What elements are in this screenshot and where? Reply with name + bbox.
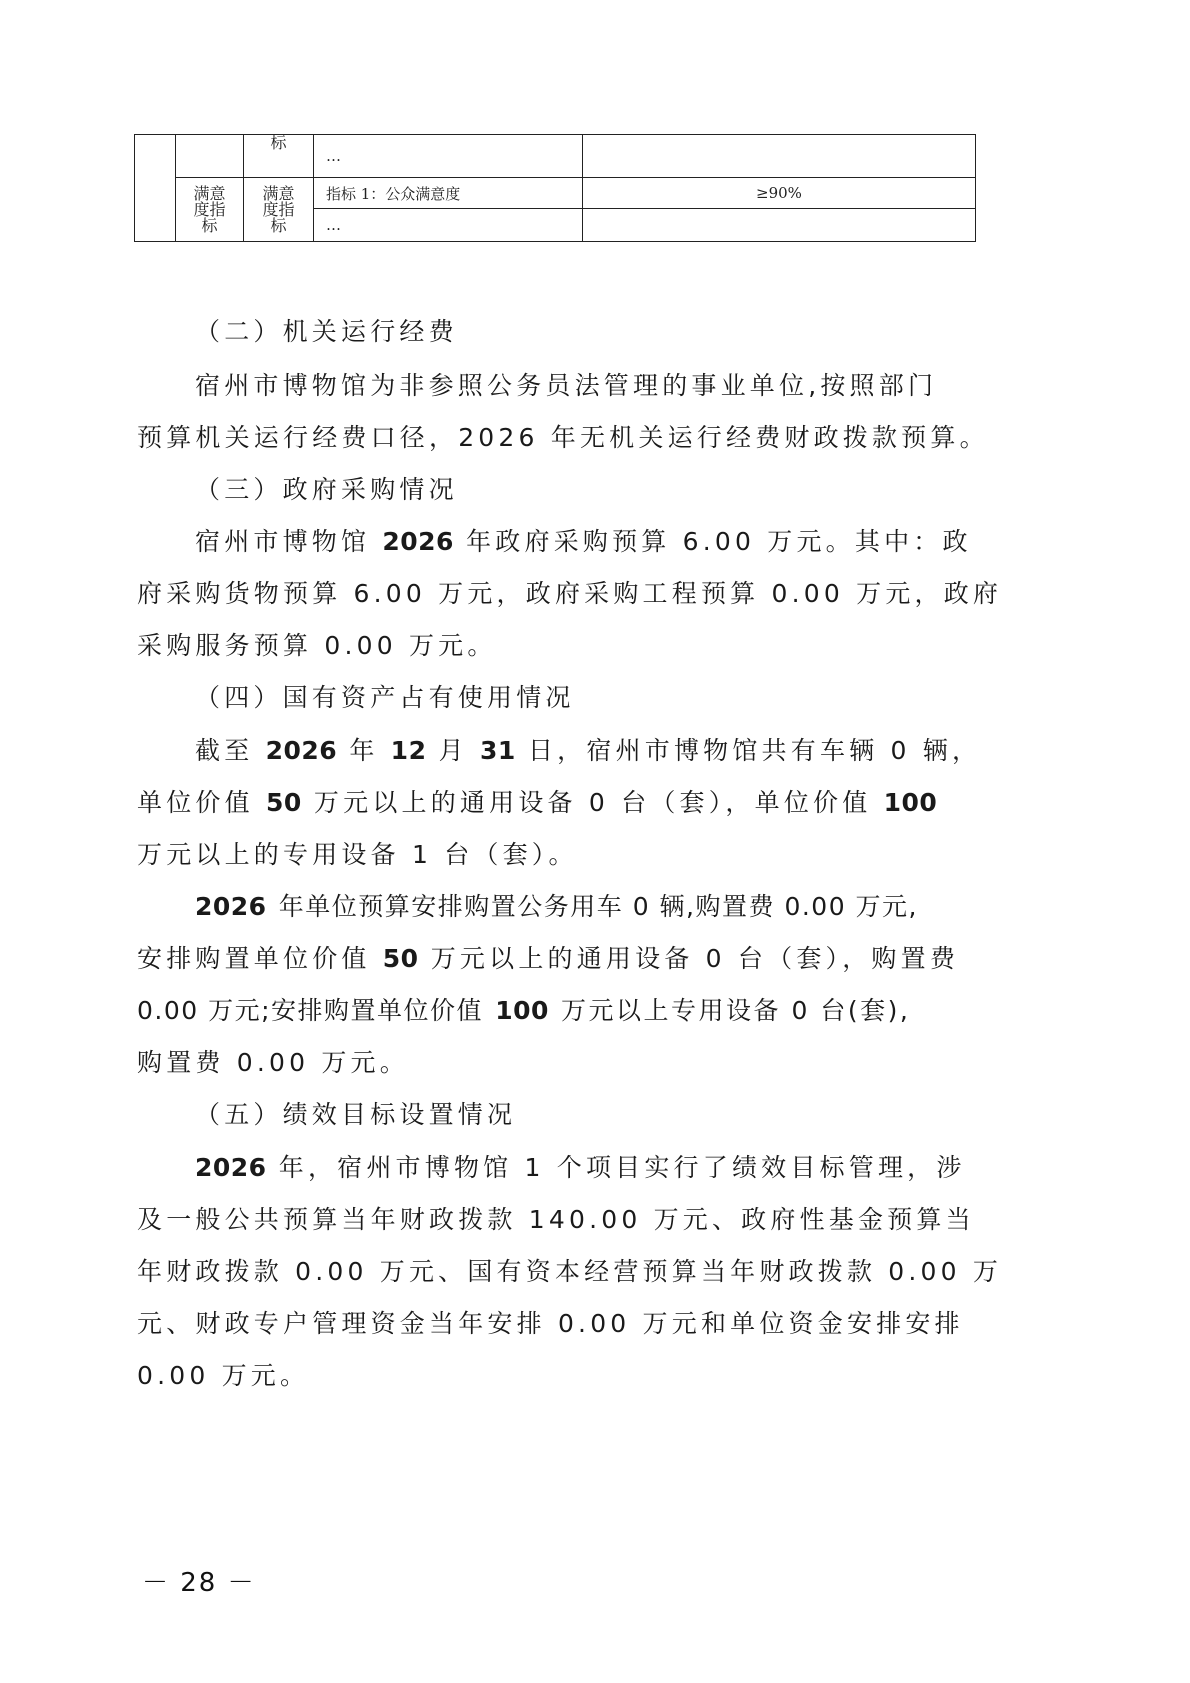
paragraph-line: 宿州市博物馆为非参照公务员法管理的事业单位,按照部门 <box>195 366 937 402</box>
section-heading: （三）政府采购情况 <box>195 470 458 506</box>
paragraph-line: 单位价值 50 万元以上的通用设备 0 台（套），单位价值 100 <box>137 783 937 819</box>
table-cell-value <box>583 209 976 242</box>
paragraph-line: 购置费 0.00 万元。 <box>137 1043 409 1079</box>
section-heading: （四）国有资产占有使用情况 <box>195 678 575 714</box>
table-cell-level1: 满意度指标 <box>176 178 244 242</box>
paragraph-line: 府采购货物预算 6.00 万元，政府采购工程预算 0.00 万元，政府 <box>137 574 1002 610</box>
table-row: 标 … <box>135 135 976 178</box>
paragraph-line: 元、财政专户管理资金当年安排 0.00 万元和单位资金安排安排 <box>137 1304 964 1340</box>
table-cell-level1 <box>176 135 244 178</box>
page-number: － 28 － <box>142 1562 256 1599</box>
paragraph-line: 0.00 万元。 <box>137 1356 309 1392</box>
table-cell-level2: 标 <box>244 135 314 178</box>
paragraph-line: 及一般公共预算当年财政拨款 140.00 万元、政府性基金预算当 <box>137 1200 975 1236</box>
paragraph-line: 安排购置单位价值 50 万元以上的通用设备 0 台（套），购置费 <box>137 939 959 975</box>
paragraph-line: 2026 年，宿州市博物馆 1 个项目实行了绩效目标管理，涉 <box>195 1148 966 1184</box>
paragraph-line: 宿州市博物馆 2026 年政府采购预算 6.00 万元。其中：政 <box>195 522 972 558</box>
table-cell-indicator: … <box>314 209 583 242</box>
section-heading: （二）机关运行经费 <box>195 312 458 348</box>
paragraph-line: 预算机关运行经费口径，2026 年无机关运行经费财政拨款预算。 <box>137 418 989 454</box>
paragraph-line: 采购服务预算 0.00 万元。 <box>137 626 497 662</box>
table-row: 满意度指标 满意度指标 指标 1：公众满意度 ≥90% <box>135 178 976 209</box>
table-cell-indicator: … <box>314 135 583 178</box>
paragraph-line: 万元以上的专用设备 1 台（套）。 <box>137 835 578 871</box>
table-cell-value <box>583 135 976 178</box>
paragraph-line: 0.00 万元;安排购置单位价值 100 万元以上专用设备 0 台(套), <box>137 991 910 1027</box>
paragraph-line: 年财政拨款 0.00 万元、国有资本经营预算当年财政拨款 0.00 万 <box>137 1252 1002 1288</box>
performance-indicator-table: 标 … 满意度指标 满意度指标 指标 1：公众满意度 ≥90% … <box>134 134 976 242</box>
table-cell-value: ≥90% <box>583 178 976 209</box>
table-cell-outer <box>135 135 176 242</box>
table-cell-level2: 满意度指标 <box>244 178 314 242</box>
paragraph-line: 2026 年单位预算安排购置公务用车 0 辆,购置费 0.00 万元, <box>195 887 918 923</box>
paragraph-line: 截至 2026 年 12 月 31 日，宿州市博物馆共有车辆 0 辆， <box>195 731 981 767</box>
section-heading: （五）绩效目标设置情况 <box>195 1095 516 1131</box>
table-cell-indicator: 指标 1：公众满意度 <box>314 178 583 209</box>
